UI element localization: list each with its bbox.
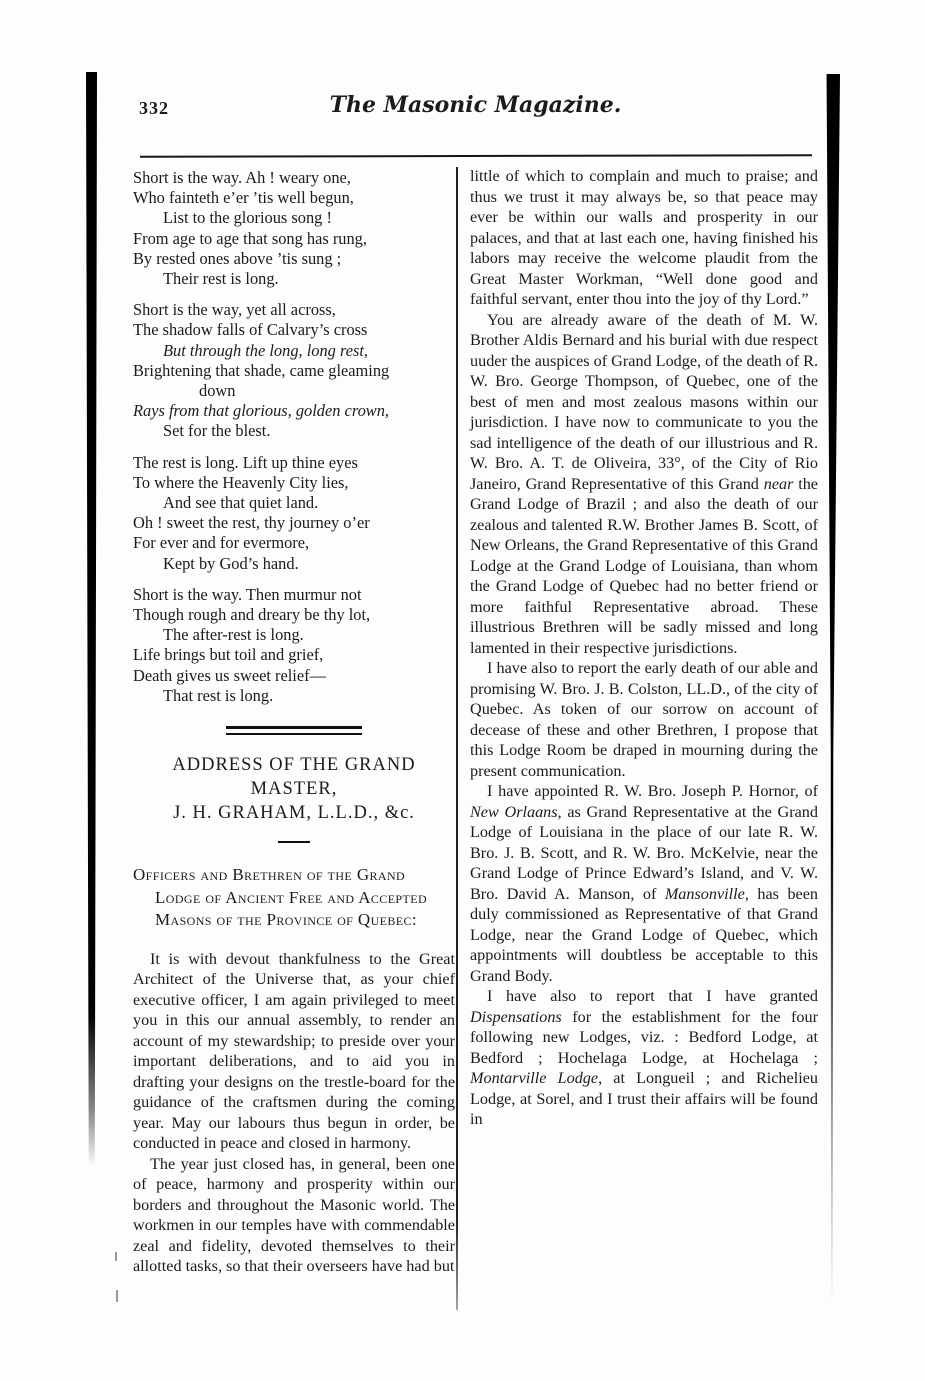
article-heading: ADDRESS OF THE GRAND MASTER, J. H. GRAHA… (133, 753, 455, 825)
poem-stanza: Short is the way. Then murmur notThough … (133, 585, 455, 706)
poem-line: Their rest is long. (133, 269, 455, 289)
poem-line: Though rough and dreary be thy lot, (133, 605, 455, 625)
salutation: Officers and Brethren of the Grand Lodge… (133, 864, 455, 932)
paragraph: little of which to complain and much to … (470, 166, 818, 310)
left-edge-binding-artifact (86, 72, 97, 1167)
poem-line: Kept by God’s hand. (133, 554, 455, 574)
scan-speck (115, 1252, 117, 1261)
poem-line: List to the glorious song ! (133, 208, 455, 228)
page-title: The Masonic Magazine. (133, 92, 818, 118)
poem-line: Set for the blest. (133, 421, 455, 441)
poem-line: Brightening that shade, came gleaming (133, 361, 455, 381)
poem-line: Oh ! sweet the rest, thy journey o’er (133, 513, 455, 533)
heading-rule (278, 841, 310, 843)
paragraph: I have also to report that I have grante… (470, 986, 818, 1130)
right-edge-binding-artifact (826, 74, 840, 1309)
poem-line: From age to age that song has rung, (133, 229, 455, 249)
poem-line: The after-rest is long. (133, 625, 455, 645)
right-column: little of which to complain and much to … (470, 166, 818, 1130)
left-column: Short is the way. Ah ! weary one,Who fai… (133, 168, 455, 1277)
header-rule (140, 154, 812, 157)
poem: Short is the way. Ah ! weary one,Who fai… (133, 168, 455, 706)
poem-line: Death gives us sweet relief— (133, 666, 455, 686)
left-column-paragraphs: It is with devout thankfulness to the Gr… (133, 949, 455, 1277)
poem-line: But through the long, long rest, (133, 341, 455, 361)
article-heading-line2: J. H. GRAHAM, L.L.D., &c. (133, 801, 455, 825)
poem-line: Life brings but toil and grief, (133, 645, 455, 665)
poem-line: Rays from that glorious, golden crown, (133, 401, 455, 421)
paragraph: The year just closed has, in general, be… (133, 1154, 455, 1277)
poem-line: Who fainteth e’er ’tis well begun, (133, 188, 455, 208)
poem-line: For ever and for evermore, (133, 533, 455, 553)
poem-line: By rested ones above ’tis sung ; (133, 249, 455, 269)
paragraph: It is with devout thankfulness to the Gr… (133, 949, 455, 1154)
paragraph: I have also to report the early death of… (470, 658, 818, 781)
article-heading-line1: ADDRESS OF THE GRAND MASTER, (133, 753, 455, 801)
section-divider-double-rule (226, 726, 362, 735)
poem-line: Short is the way. Then murmur not (133, 585, 455, 605)
column-divider-rule (456, 167, 458, 1310)
poem-line: Short is the way, yet all across, (133, 300, 455, 320)
poem-line: The rest is long. Lift up thine eyes (133, 453, 455, 473)
paragraph: You are already aware of the death of M.… (470, 310, 818, 659)
poem-stanza: Short is the way, yet all across,The sha… (133, 300, 455, 441)
paragraph: I have appointed R. W. Bro. Joseph P. Ho… (470, 781, 818, 986)
magazine-page: 332 The Masonic Magazine. Short is the w… (0, 0, 925, 1381)
scan-speck (116, 1290, 118, 1302)
poem-line: To where the Heavenly City lies, (133, 473, 455, 493)
poem-line: down (133, 381, 455, 401)
poem-line: The shadow falls of Calvary’s cross (133, 320, 455, 340)
poem-line: Short is the way. Ah ! weary one, (133, 168, 455, 188)
poem-stanza: The rest is long. Lift up thine eyesTo w… (133, 453, 455, 574)
poem-line: That rest is long. (133, 686, 455, 706)
poem-line: And see that quiet land. (133, 493, 455, 513)
poem-stanza: Short is the way. Ah ! weary one,Who fai… (133, 168, 455, 289)
